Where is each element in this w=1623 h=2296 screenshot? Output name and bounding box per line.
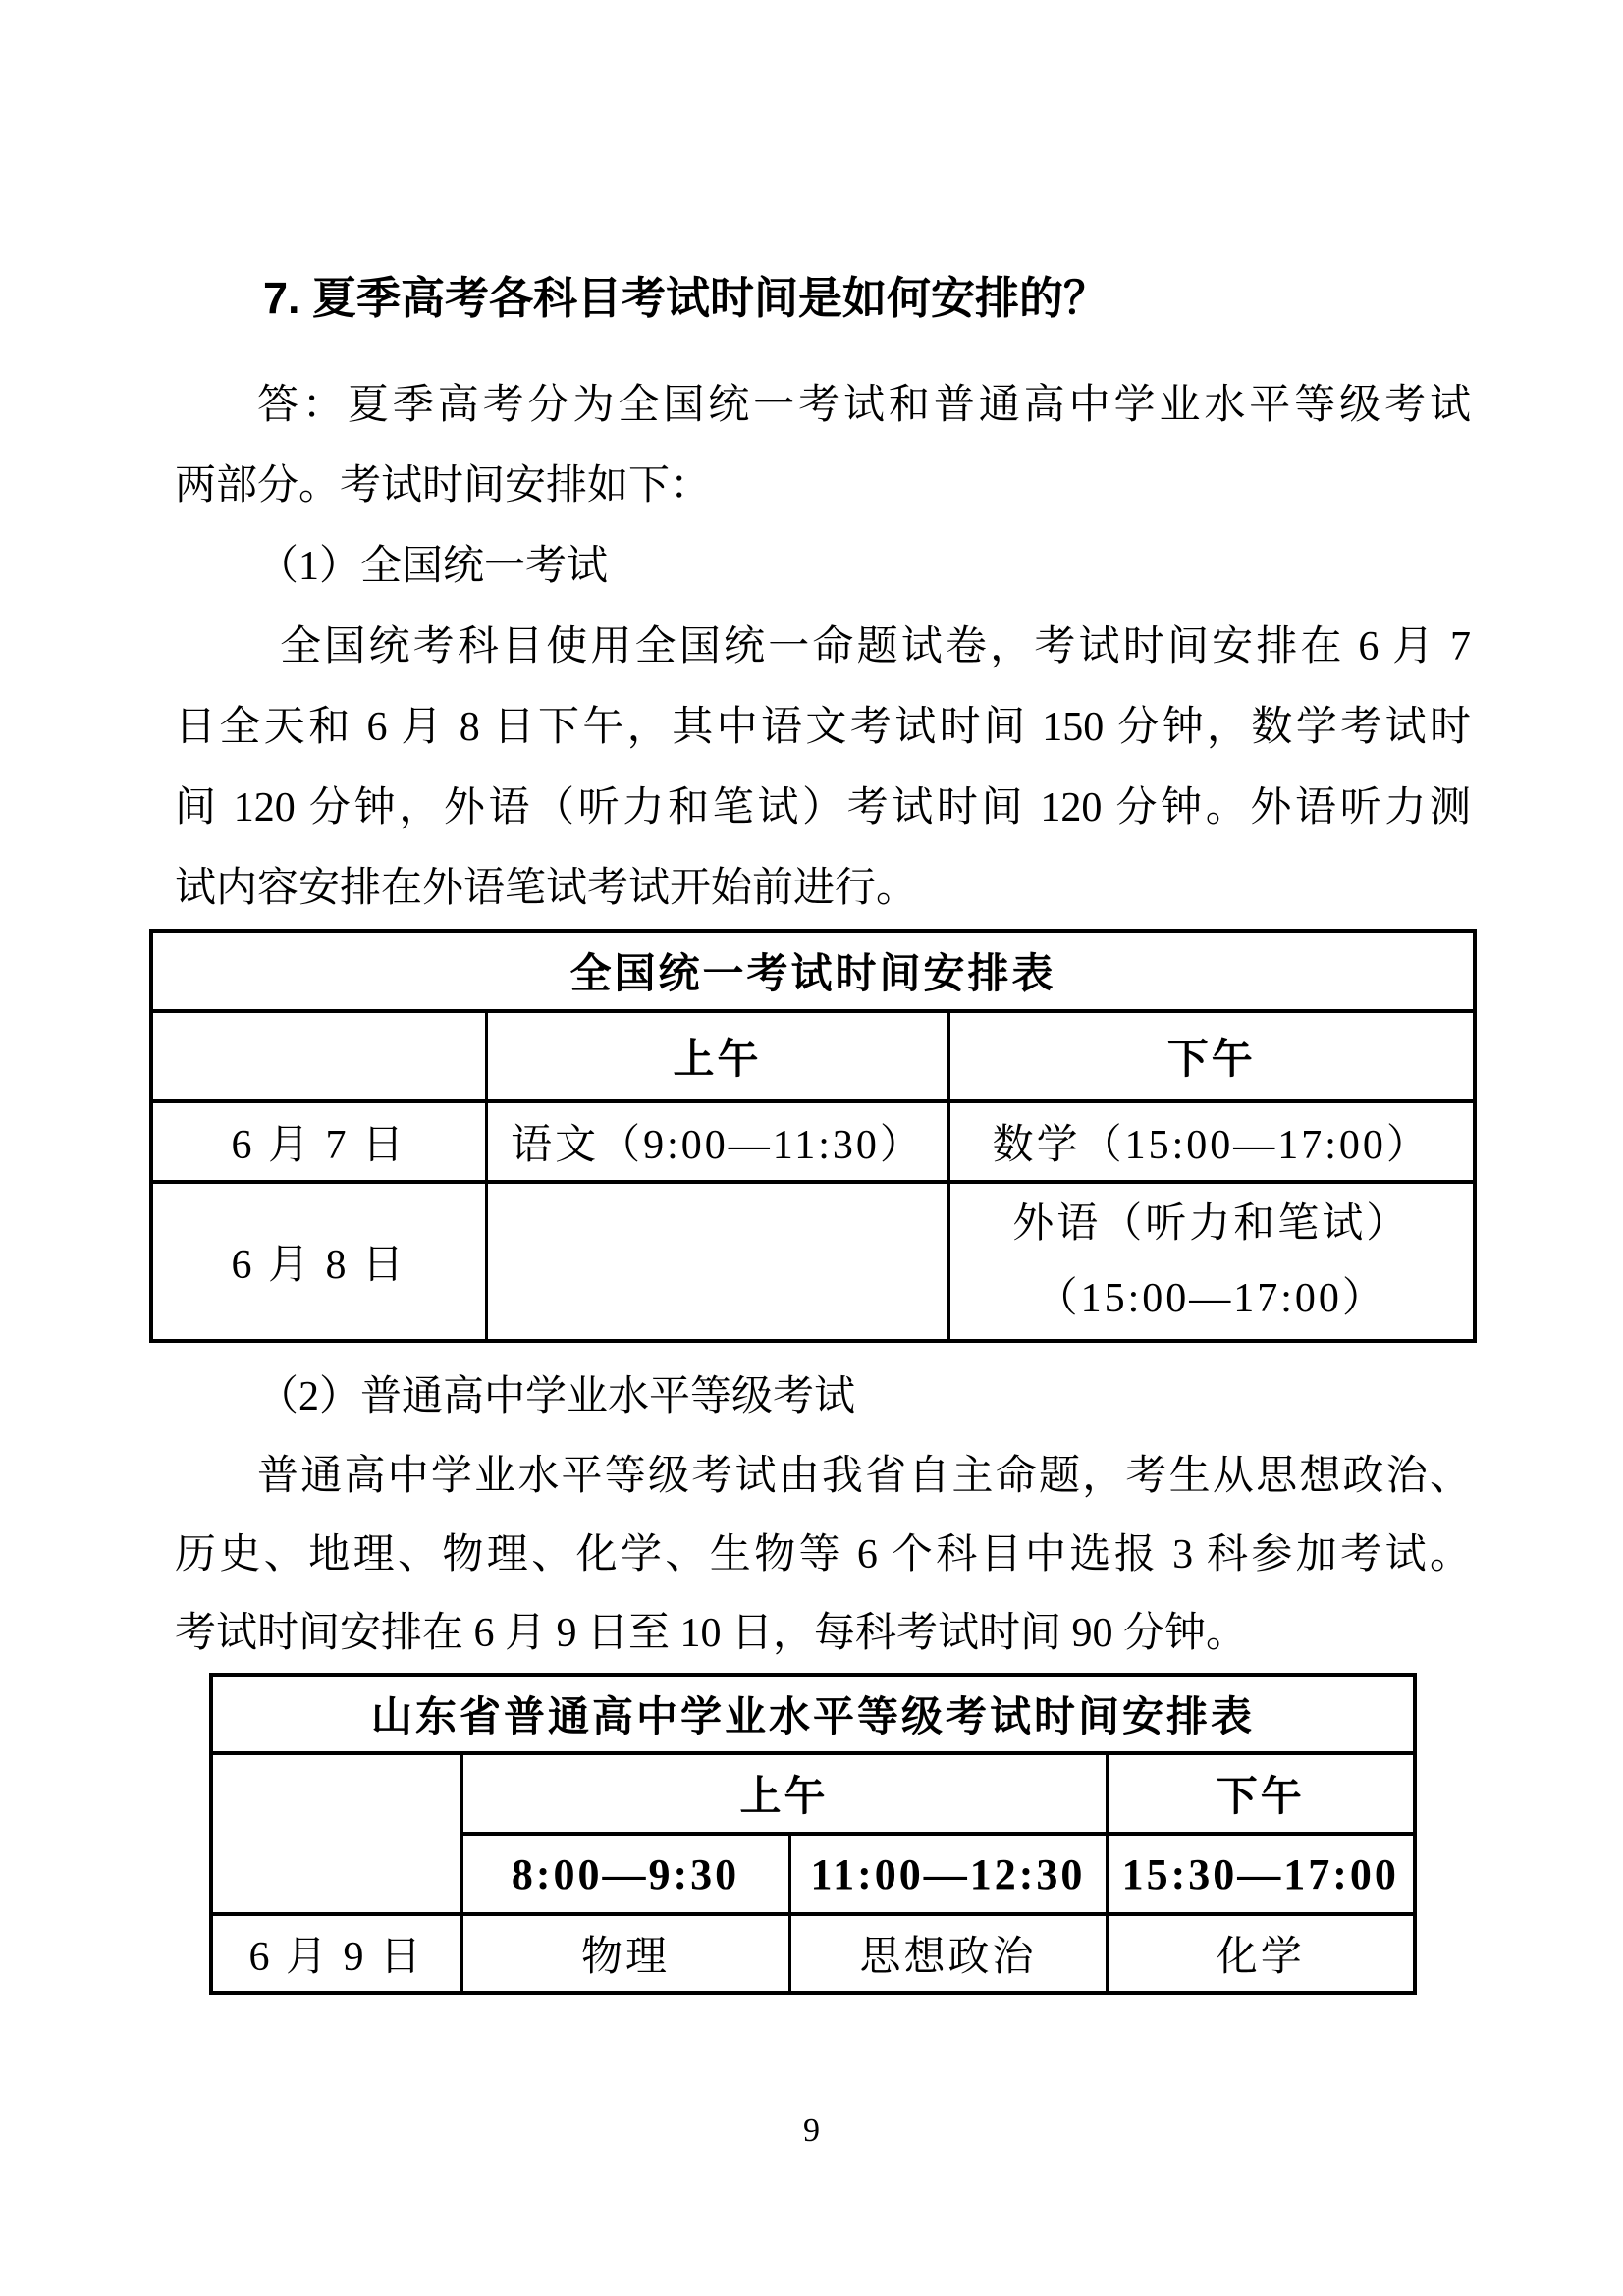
- time-slot-cell: 8:00—9:30: [461, 1834, 789, 1914]
- text-line: （2）普通高中学业水平等级考试: [175, 1357, 1471, 1437]
- morning-exam-cell: [486, 1182, 948, 1341]
- text-line: 历史、地理、物理、化学、生物等 6 个科目中选报 3 科参加考试。: [175, 1516, 1471, 1594]
- paragraph-level-exam: 普通高中学业水平等级考试由我省自主命题，考生从思想政治、 历史、地理、物理、化学…: [175, 1437, 1471, 1673]
- time-slot-cell: 11:00—12:30: [789, 1834, 1107, 1914]
- table-title-row: 全国统一考试时间安排表: [151, 931, 1475, 1011]
- subject-cell: 思想政治: [789, 1914, 1107, 1993]
- subject-cell: 物理: [461, 1914, 789, 1993]
- section-1-heading: （1）全国统一考试: [175, 526, 1471, 607]
- empty-header-cell: [151, 1011, 486, 1101]
- text-line: 两部分。考试时间安排如下：: [175, 446, 1471, 526]
- exam-time-line: （15:00—17:00）: [950, 1261, 1474, 1336]
- table-title: 山东省普通高中学业水平等级考试时间安排表: [211, 1675, 1415, 1753]
- paragraph-answer: 答：夏季高考分为全国统一考试和普通高中学业水平等级考试 两部分。考试时间安排如下…: [175, 365, 1471, 526]
- afternoon-exam-cell: 数学（15:00—17:00）: [948, 1101, 1475, 1182]
- column-header-morning: 上午: [461, 1753, 1107, 1834]
- table-header-row: 上午 下午: [151, 1011, 1475, 1101]
- text-line: 普通高中学业水平等级考试由我省自主命题，考生从思想政治、: [175, 1437, 1471, 1516]
- afternoon-exam-cell: 外语（听力和笔试） （15:00—17:00）: [948, 1182, 1475, 1341]
- subject-cell: 化学: [1107, 1914, 1415, 1993]
- text-line: 间 120 分钟，外语（听力和笔试）考试时间 120 分钟。外语听力测: [175, 768, 1471, 848]
- date-cell: 6 月 8 日: [151, 1182, 486, 1341]
- question-title: 7. 夏季高考各科目考试时间是如何安排的？: [175, 257, 1471, 340]
- table-row-june7: 6 月 7 日 语文（9:00—11:30） 数学（15:00—17:00）: [151, 1101, 1475, 1182]
- page-content: 7. 夏季高考各科目考试时间是如何安排的？ 答：夏季高考分为全国统一考试和普通高…: [0, 257, 1623, 1995]
- table-header-row: 上午 下午: [211, 1753, 1415, 1834]
- paragraph-national-exam: 全国统考科目使用全国统一命题试卷，考试时间安排在 6 月 7 日全天和 6 月 …: [175, 607, 1471, 929]
- column-header-afternoon: 下午: [948, 1011, 1475, 1101]
- text-line: 全国统考科目使用全国统一命题试卷，考试时间安排在 6 月 7: [175, 607, 1471, 687]
- column-header-afternoon: 下午: [1107, 1753, 1415, 1834]
- national-exam-schedule-table: 全国统一考试时间安排表 上午 下午 6 月 7 日 语文（9:00—11:30）…: [149, 929, 1477, 1343]
- text-line: 答：夏季高考分为全国统一考试和普通高中学业水平等级考试: [175, 365, 1471, 446]
- column-header-morning: 上午: [486, 1011, 948, 1101]
- date-cell: 6 月 9 日: [211, 1914, 461, 1993]
- text-line: （1）全国统一考试: [175, 526, 1471, 607]
- text-line: 日全天和 6 月 8 日下午，其中语文考试时间 150 分钟，数学考试时: [175, 687, 1471, 768]
- time-slot-cell: 15:30—17:00: [1107, 1834, 1415, 1914]
- shandong-level-exam-schedule-table: 山东省普通高中学业水平等级考试时间安排表 上午 下午 8:00—9:30 11:…: [209, 1673, 1417, 1995]
- table-title: 全国统一考试时间安排表: [151, 931, 1475, 1011]
- text-line: 考试时间安排在 6 月 9 日至 10 日，每科考试时间 90 分钟。: [175, 1594, 1471, 1673]
- text-line: 试内容安排在外语笔试考试开始前进行。: [175, 848, 1471, 929]
- document-page: 7. 夏季高考各科目考试时间是如何安排的？ 答：夏季高考分为全国统一考试和普通高…: [0, 0, 1623, 2296]
- page-number: 9: [0, 2112, 1623, 2150]
- section-2-heading: （2）普通高中学业水平等级考试: [175, 1357, 1471, 1437]
- date-cell: 6 月 7 日: [151, 1101, 486, 1182]
- morning-exam-cell: 语文（9:00—11:30）: [486, 1101, 948, 1182]
- table-title-row: 山东省普通高中学业水平等级考试时间安排表: [211, 1675, 1415, 1753]
- foreign-language-exam: 外语（听力和笔试） （15:00—17:00）: [950, 1187, 1474, 1336]
- exam-name-line: 外语（听力和笔试）: [950, 1187, 1474, 1261]
- table-row-june8: 6 月 8 日 外语（听力和笔试） （15:00—17:00）: [151, 1182, 1475, 1341]
- empty-header-cell: [211, 1753, 461, 1914]
- table-row-june9: 6 月 9 日 物理 思想政治 化学: [211, 1914, 1415, 1993]
